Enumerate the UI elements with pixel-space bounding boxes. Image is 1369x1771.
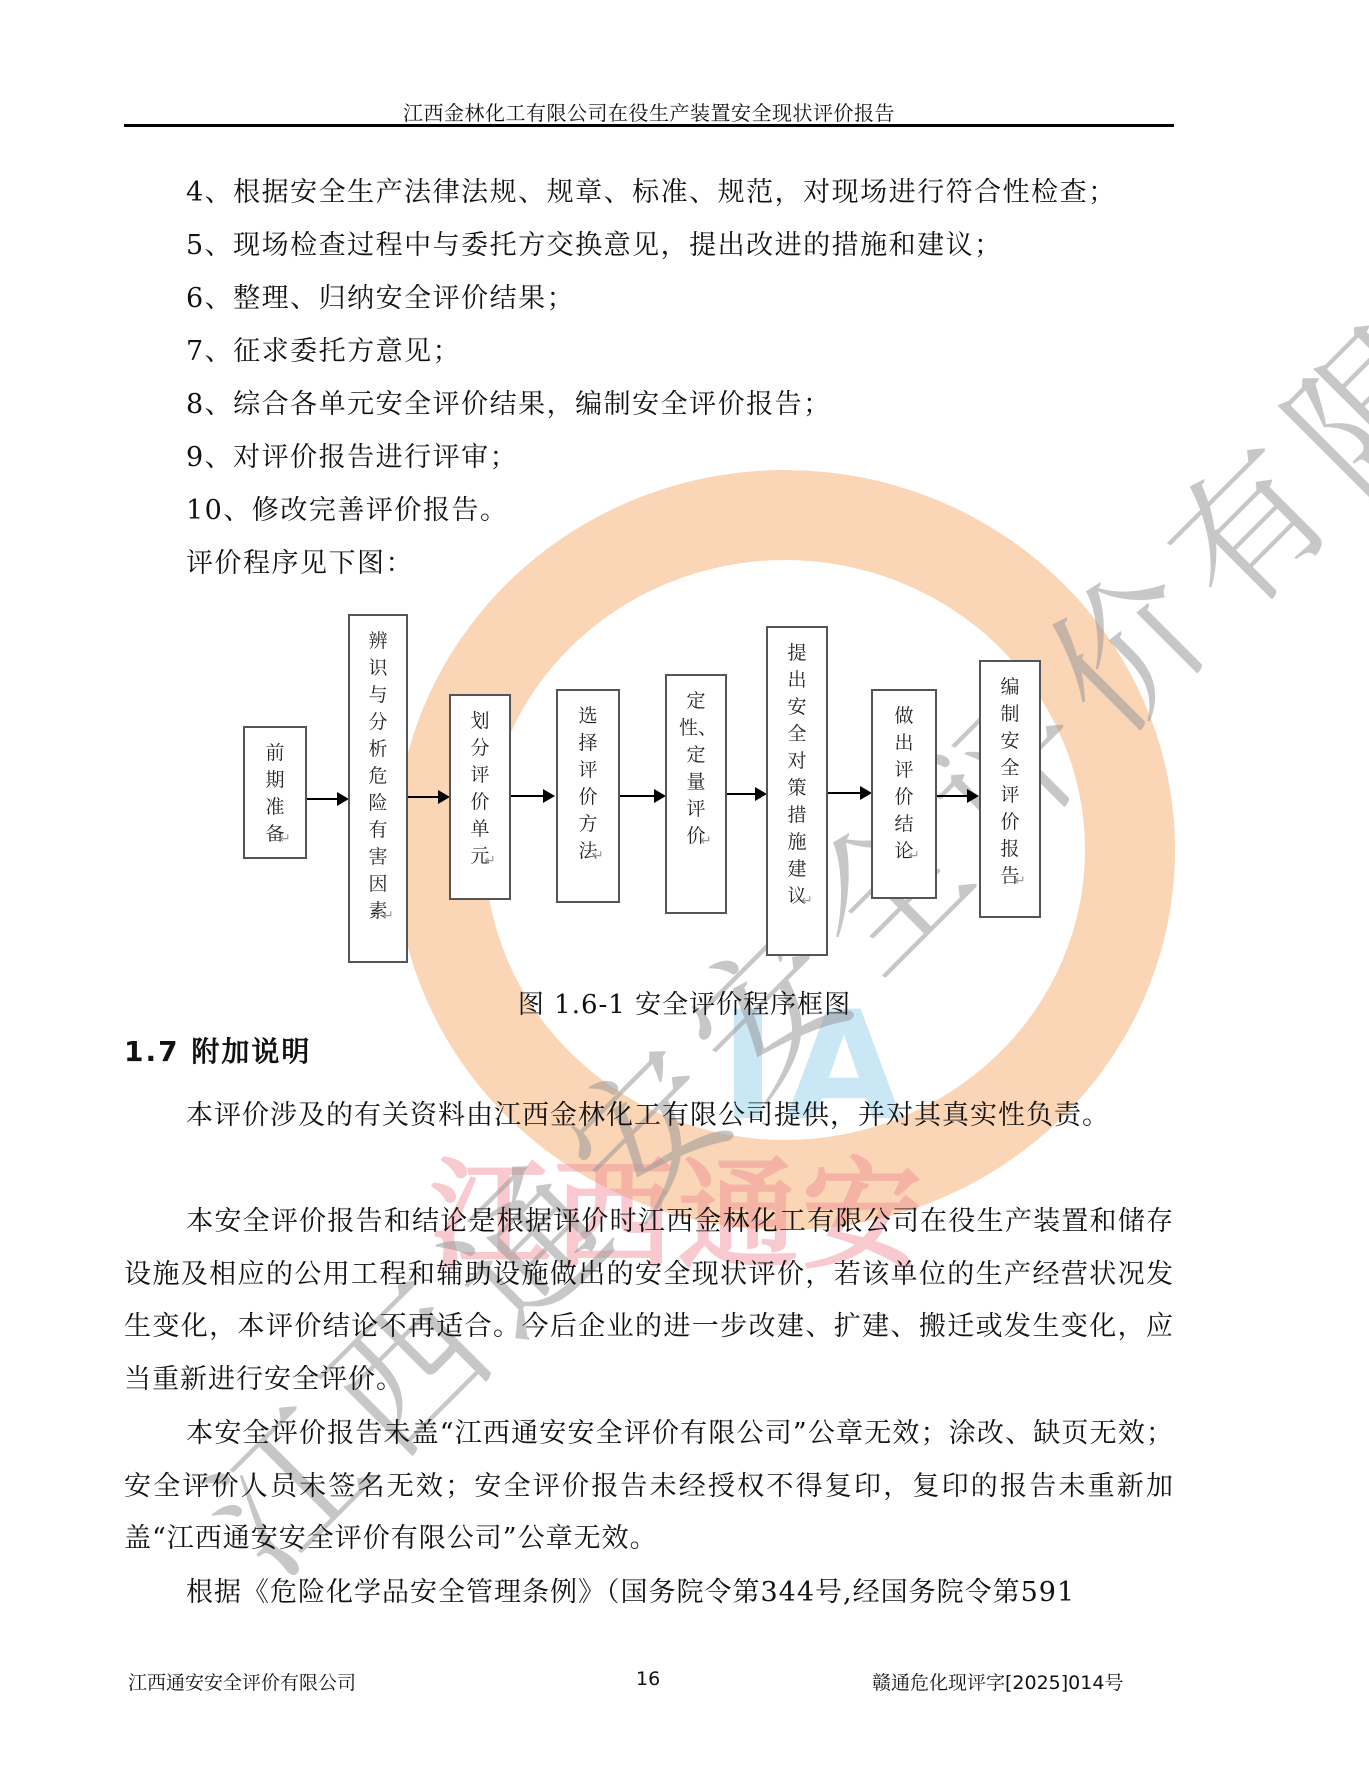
flow-box-char: 策 [785, 775, 809, 802]
flow-box-char: 量 [684, 769, 708, 796]
flow-box-char: 价 [576, 784, 600, 811]
step-item: 8、综合各单元安全评价结果，编制安全评价报告； [186, 382, 832, 421]
flow-box-char: 报 [998, 836, 1022, 863]
flow-box-qualitative-quantitative: 定 性、 定 量 评 价 ↵ [665, 674, 727, 914]
body-paragraph: 本安全评价报告和结论是根据评价时江西金林化工有限公司在役生产装置和储存设施及相应… [124, 1196, 1174, 1406]
flow-box-safety-measures: 提 出 安 全 对 策 措 施 建 议 ↵ [766, 626, 828, 956]
arrow-icon [307, 798, 347, 800]
flow-box-char: 与 [366, 682, 390, 709]
paragraph-text: 本评价涉及的有关资料由江西金林化工有限公司提供，并对其真实性负责。 [186, 1100, 1110, 1131]
arrow-icon [620, 795, 664, 797]
paragraph-mark-icon: ↵ [592, 843, 604, 870]
flow-box-char: 因 [366, 871, 390, 898]
flow-box-char: 定 [684, 688, 708, 715]
paragraph-text: 本安全评价报告和结论是根据评价时江西金林化工有限公司在役生产装置和储存设施及相应… [124, 1206, 1174, 1395]
flow-box-char: 险 [366, 790, 390, 817]
flow-box-char: 安 [785, 694, 809, 721]
flow-box-char: 划 [468, 708, 492, 735]
flow-box-char: 价 [998, 809, 1022, 836]
paragraph-text: 根据《危险化学品安全管理条例》（国务院令第344号,经国务院令第591 [186, 1577, 1075, 1608]
flow-box-char: 出 [892, 730, 916, 757]
figure-caption: 图 1.6-1 安全评价程序框图 [0, 984, 1369, 1021]
footer-page-number: 16 [636, 1668, 660, 1690]
arrow-icon [937, 795, 977, 797]
body-paragraph: 根据《危险化学品安全管理条例》（国务院令第344号,经国务院令第591 [124, 1567, 1174, 1620]
flow-box-char: 编 [998, 674, 1022, 701]
flow-box-char: 评 [892, 757, 916, 784]
paragraph-mark-icon: ↵ [1014, 868, 1026, 895]
flow-box-hazard-identification: 辨 识 与 分 析 危 险 有 害 因 素 ↵ [348, 614, 408, 963]
arrow-icon [828, 792, 870, 794]
paragraph-mark-icon: ↵ [484, 848, 496, 875]
flow-box-char: 定 [684, 742, 708, 769]
arrow-icon [511, 795, 553, 797]
paragraph-mark-icon: ↵ [382, 903, 394, 930]
flow-box-preparation: 前 期 准 备 ↵ [243, 726, 307, 859]
flow-box-char: 期 [263, 767, 287, 794]
flow-box-char: 评 [576, 757, 600, 784]
flow-box-conclusion: 做 出 评 价 结 论 ↵ [871, 689, 937, 899]
footer-report-number: 赣通危化现评字[2025]014号 [872, 1668, 1123, 1695]
flowchart-intro: 评价程序见下图： [186, 541, 414, 580]
body-paragraph: 本安全评价报告未盖“江西通安安全评价有限公司”公章无效；涂改、缺页无效；安全评价… [124, 1408, 1174, 1566]
flow-box-compile-report: 编 制 安 全 评 价 报 告 ↵ [979, 660, 1041, 918]
flow-box-char: 评 [998, 782, 1022, 809]
step-item: 9、对评价报告进行评审； [186, 435, 518, 474]
flow-box-char: 全 [785, 721, 809, 748]
paragraph-mark-icon: ↵ [700, 828, 712, 855]
footer-company: 江西通安安全评价有限公司 [128, 1668, 356, 1695]
flow-box-char: 价 [468, 789, 492, 816]
flow-box-char: 制 [998, 701, 1022, 728]
flow-box-evaluation-units: 划 分 评 价 单 元 ↵ [449, 694, 511, 900]
flow-box-evaluation-methods: 选 择 评 价 方 法 ↵ [556, 689, 620, 903]
flow-box-char: 性、 [679, 715, 713, 742]
flow-box-char: 害 [366, 844, 390, 871]
paragraph-text: 本安全评价报告未盖“江西通安安全评价有限公司”公章无效；涂改、缺页无效；安全评价… [124, 1418, 1174, 1554]
flow-box-char: 做 [892, 703, 916, 730]
flow-box-char: 价 [892, 784, 916, 811]
flow-box-char: 评 [684, 796, 708, 823]
paragraph-mark-icon: ↵ [279, 826, 291, 853]
step-item: 6、整理、归纳安全评价结果； [186, 276, 575, 315]
flow-box-char: 前 [263, 740, 287, 767]
flow-box-char: 措 [785, 802, 809, 829]
flow-box-char: 施 [785, 829, 809, 856]
flow-box-char: 结 [892, 811, 916, 838]
body-paragraph: 本评价涉及的有关资料由江西金林化工有限公司提供，并对其真实性负责。 [124, 1090, 1174, 1143]
section-heading: 1.7 附加说明 [124, 1030, 311, 1070]
step-item: 5、现场检查过程中与委托方交换意见，提出改进的措施和建议； [186, 223, 1003, 262]
flow-box-char: 分 [468, 735, 492, 762]
flow-box-char: 危 [366, 763, 390, 790]
paragraph-mark-icon: ↵ [801, 888, 813, 915]
flow-box-char: 择 [576, 730, 600, 757]
flow-box-char: 全 [998, 755, 1022, 782]
flow-box-char: 评 [468, 762, 492, 789]
flow-box-char: 出 [785, 667, 809, 694]
flow-box-char: 建 [785, 856, 809, 883]
flow-box-char: 安 [998, 728, 1022, 755]
flow-box-char: 提 [785, 640, 809, 667]
flow-box-char: 选 [576, 703, 600, 730]
step-item: 7、征求委托方意见； [186, 329, 461, 368]
flow-box-char: 准 [263, 794, 287, 821]
running-header-title: 江西金林化工有限公司在役生产装置安全现状评价报告 [124, 97, 1174, 126]
document-page: 江西金林化工有限公司在役生产装置安全现状评价报告 4、根据安全生产法律法规、规章… [0, 0, 1369, 1771]
paragraph-mark-icon: ↵ [908, 843, 920, 870]
arrow-icon [408, 796, 448, 798]
arrow-icon [727, 793, 765, 795]
flow-box-char: 识 [366, 655, 390, 682]
flow-box-char: 分 [366, 709, 390, 736]
flow-box-char: 析 [366, 736, 390, 763]
flow-box-char: 方 [576, 811, 600, 838]
step-item: 10、修改完善评价报告。 [186, 488, 508, 527]
flow-box-char: 有 [366, 817, 390, 844]
step-item: 4、根据安全生产法律法规、规章、标准、规范，对现场进行符合性检查； [186, 170, 1117, 209]
header-rule [124, 124, 1174, 127]
flow-box-char: 辨 [366, 628, 390, 655]
flow-box-char: 单 [468, 816, 492, 843]
flow-box-char: 对 [785, 748, 809, 775]
